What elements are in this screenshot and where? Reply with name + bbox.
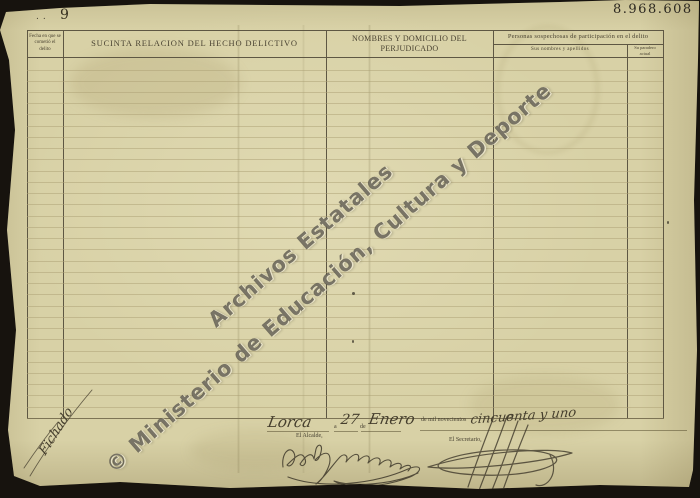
ink-speck: [667, 221, 669, 224]
secretario-signature: [428, 415, 572, 496]
column-header-sucinta-relacion: SUCINTA RELACION DEL HECHO DELICTIVO: [64, 30, 325, 57]
signatures: [250, 405, 620, 498]
table-row-line: [27, 272, 663, 273]
table-row-line: [27, 92, 663, 93]
table-row-line: [27, 193, 663, 194]
table-border-right: [663, 30, 664, 418]
table-row-line: [27, 395, 663, 396]
table-row-line: [27, 351, 663, 352]
table-row-line: [27, 126, 663, 127]
table-row-line: [27, 70, 663, 71]
table-row-line: [27, 261, 663, 262]
column-header-nombres-domicilio: NOMBRES Y DOMICILIO DEL PERJUDICADO: [327, 30, 492, 57]
serial-number: 8.968.608: [613, 2, 693, 17]
table-row-line: [27, 137, 663, 138]
ink-speck: [352, 340, 354, 343]
table-row-line: [27, 81, 663, 82]
subcolumn-header-paradero-actual: Su paradero actual: [628, 44, 662, 57]
table-row-line: [27, 384, 663, 385]
table-row-line: [27, 148, 663, 149]
subcolumn-header-nombres-apellidos: Sus nombres y apellidos: [494, 44, 626, 57]
table-row-line: [27, 294, 663, 295]
table-row-line: [27, 317, 663, 318]
table-row-line: [27, 283, 663, 284]
column-divider-nombres: [493, 30, 494, 418]
table-row-line: [27, 159, 663, 160]
table-row-line: [27, 373, 663, 374]
table-row-line: [27, 328, 663, 329]
sheet-number: 9: [60, 7, 69, 23]
table-row-line: [27, 216, 663, 217]
table-row-line: [27, 171, 663, 172]
table-row-line: [27, 227, 663, 228]
corner-marks: ..: [36, 12, 50, 22]
paper-sheet: .. 9 8.968.608 Fecha en que se cometió e…: [0, 0, 700, 498]
table-row-line: [27, 238, 663, 239]
column-header-fecha-delito: Fecha en que se cometió el delito: [28, 31, 62, 56]
table-border-left: [27, 30, 28, 418]
column-header-personas-sospechosas: Personas sospechosas de participación en…: [494, 30, 662, 44]
alcalde-signature: [283, 445, 420, 486]
table-row-line: [27, 103, 663, 104]
table-row-line: [27, 249, 663, 250]
table-row-line: [27, 339, 663, 340]
table-row-line: [27, 362, 663, 363]
table-row-line: [27, 306, 663, 307]
ink-speck: [352, 292, 355, 295]
table-row-line: [27, 114, 663, 115]
column-divider-fecha: [63, 30, 64, 418]
table-row-line: [27, 182, 663, 183]
column-divider-sucinta: [326, 30, 327, 418]
scanned-document-page: .. 9 8.968.608 Fecha en que se cometió e…: [0, 0, 700, 498]
table-row-line: [27, 204, 663, 205]
header-bottom-divider: [27, 57, 664, 58]
